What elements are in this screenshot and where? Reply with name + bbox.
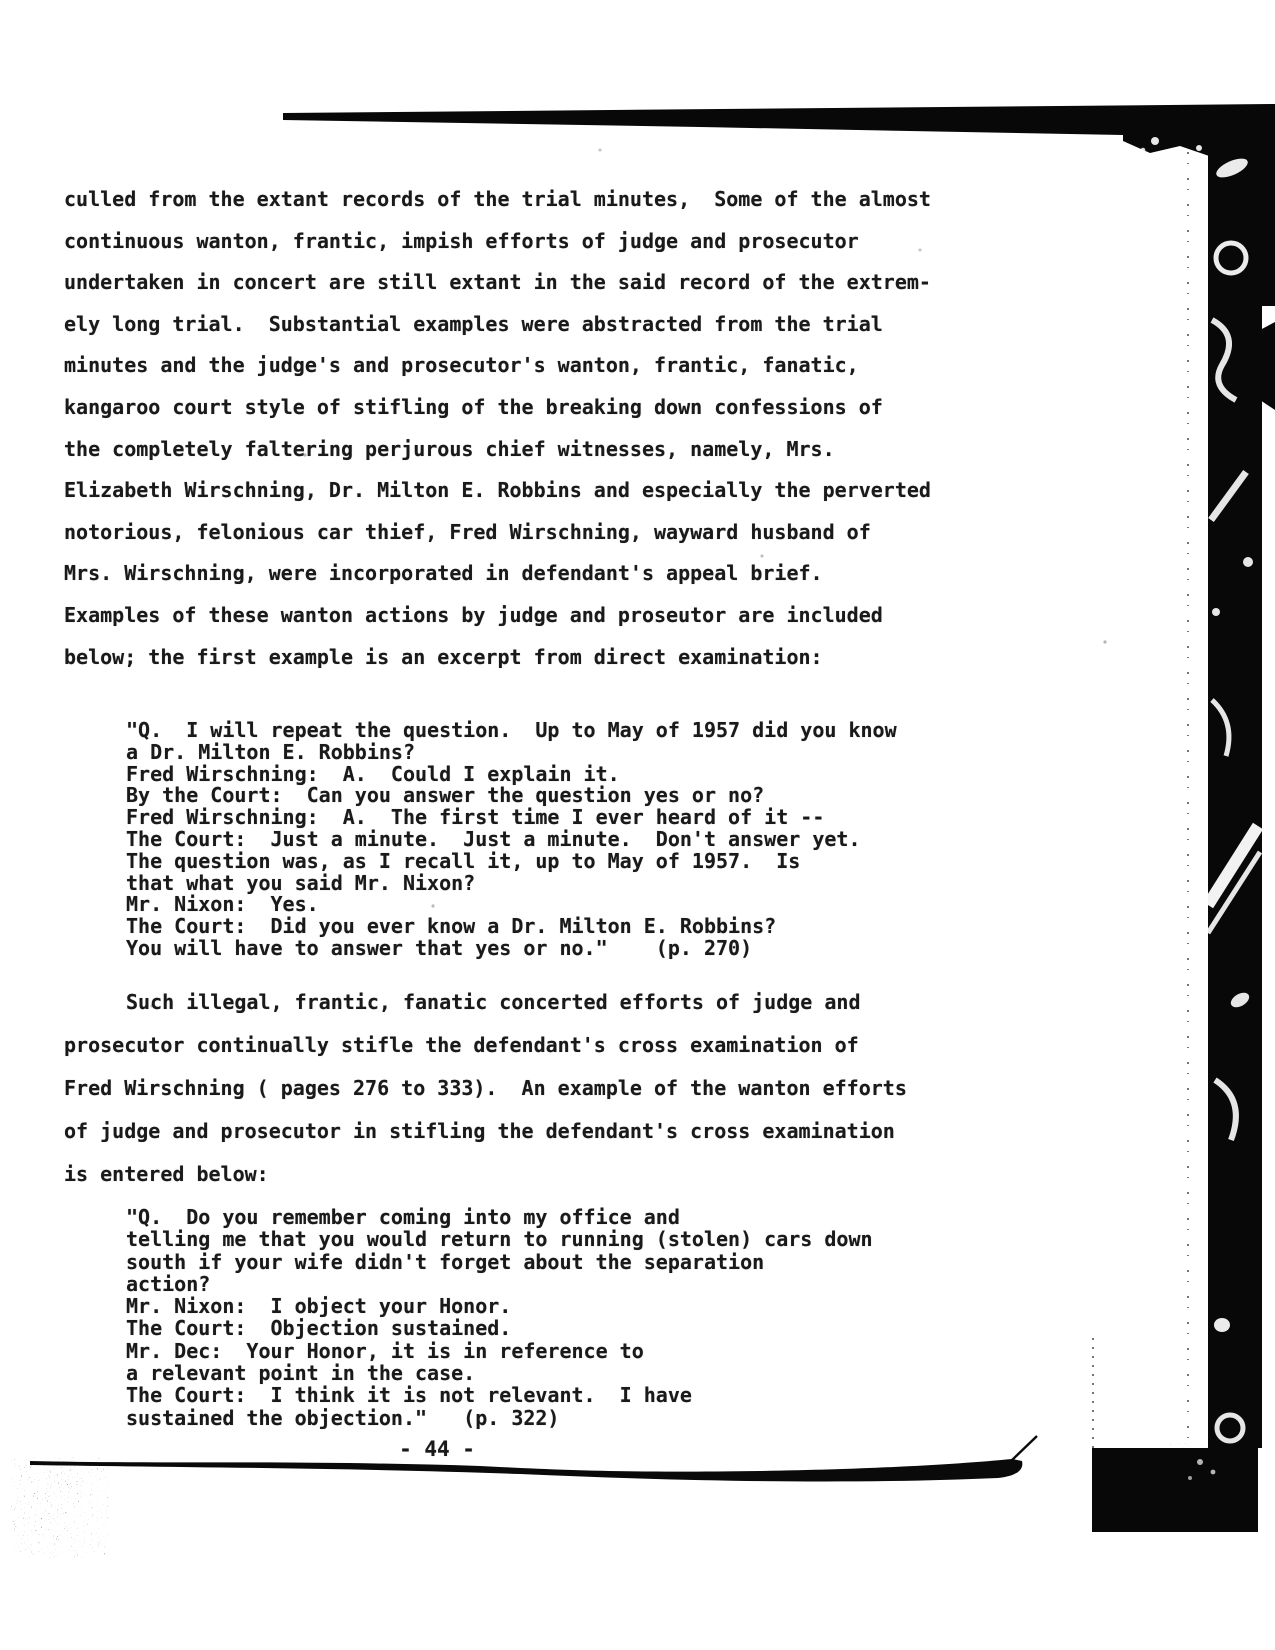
transcript-excerpt-cross-examination: "Q. Do you remember coming into my offic… <box>126 1206 873 1429</box>
marbled-book-edge <box>1092 106 1275 1532</box>
page-number: - 44 - <box>377 1437 497 1461</box>
body-paragraph-1: culled from the extant records of the tr… <box>64 179 931 678</box>
transcript-excerpt-direct-examination: "Q. I will repeat the question. Up to Ma… <box>126 720 897 960</box>
body-paragraph-2: Such illegal, frantic, fanatic concerted… <box>64 981 907 1196</box>
scan-smudge <box>25 1472 95 1544</box>
page-bottom-edge-shadow <box>30 1436 1037 1481</box>
scanned-document-page: culled from the extant records of the tr… <box>0 0 1275 1650</box>
top-edge-shadow <box>283 104 1275 162</box>
fold-dotted-line <box>1093 152 1188 1452</box>
